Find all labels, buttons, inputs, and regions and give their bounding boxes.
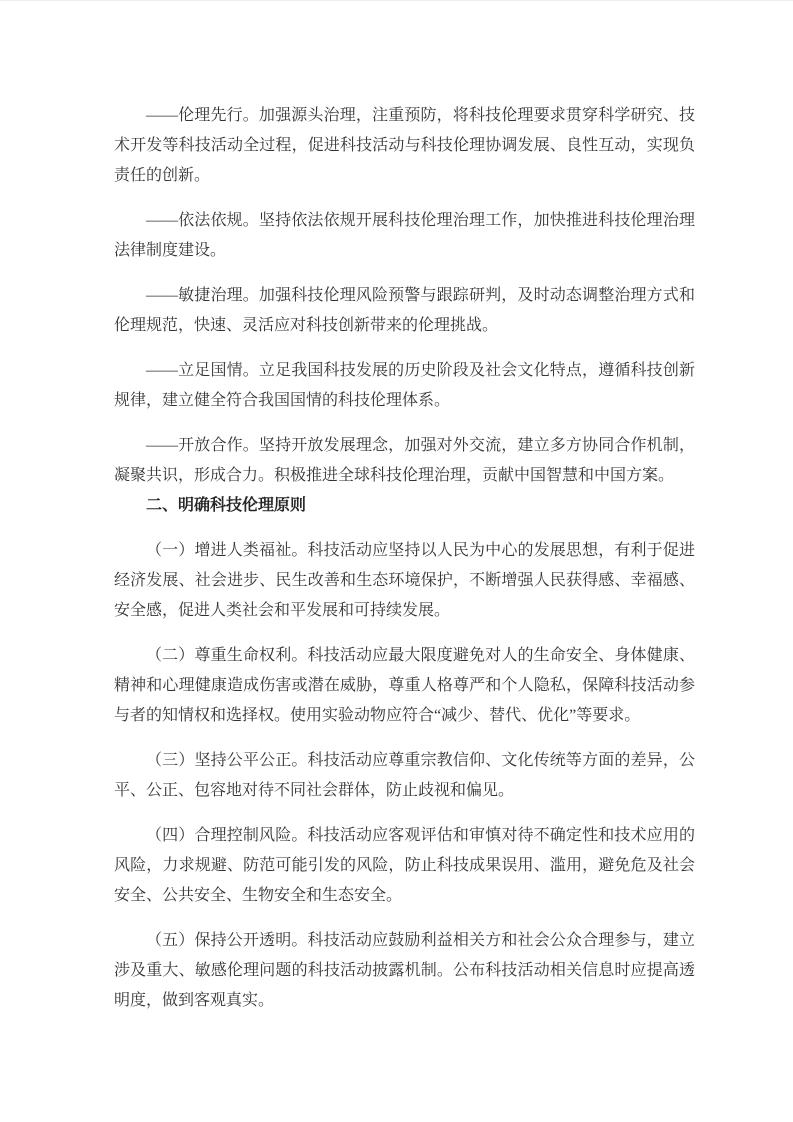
para-principle-1-human-welfare: （一）增进人类福祉。科技活动应坚持以人民为中心的发展思想，有利于促进经济发展、社… [114, 536, 695, 626]
section-heading-ethics-principles: 二、明确科技伦理原则 [114, 491, 695, 521]
para-open-cooperation: ——开放合作。坚持开放发展理念，加强对外交流，建立多方协同合作机制，凝聚共识，形… [114, 431, 695, 491]
para-law-compliance: ——依法依规。坚持依法依规开展科技伦理治理工作，加快推进科技伦理治理法律制度建设… [114, 206, 695, 266]
para-principle-4-risk-control: （四）合理控制风险。科技活动应客观评估和审慎对待不确定性和技术应用的风险，力求规… [114, 821, 695, 911]
document-content: ——伦理先行。加强源头治理，注重预防，将科技伦理要求贯穿科学研究、技术开发等科技… [114, 101, 695, 1031]
para-principle-2-life-rights: （二）尊重生命权利。科技活动应最大限度避免对人的生命安全、身体健康、精神和心理健… [114, 641, 695, 731]
document-page: ——伦理先行。加强源头治理，注重预防，将科技伦理要求贯穿科学研究、技术开发等科技… [0, 0, 793, 1122]
para-ethics-first: ——伦理先行。加强源头治理，注重预防，将科技伦理要求贯穿科学研究、技术开发等科技… [114, 101, 695, 191]
para-national-conditions: ——立足国情。立足我国科技发展的历史阶段及社会文化特点，遵循科技创新规律，建立健… [114, 356, 695, 416]
para-agile-governance: ——敏捷治理。加强科技伦理风险预警与跟踪研判，及时动态调整治理方式和伦理规范，快… [114, 281, 695, 341]
para-principle-3-fairness-justice: （三）坚持公平公正。科技活动应尊重宗教信仰、文化传统等方面的差异，公平、公正、包… [114, 746, 695, 806]
para-principle-5-openness-transparency: （五）保持公开透明。科技活动应鼓励利益相关方和社会公众合理参与，建立涉及重大、敏… [114, 926, 695, 1016]
